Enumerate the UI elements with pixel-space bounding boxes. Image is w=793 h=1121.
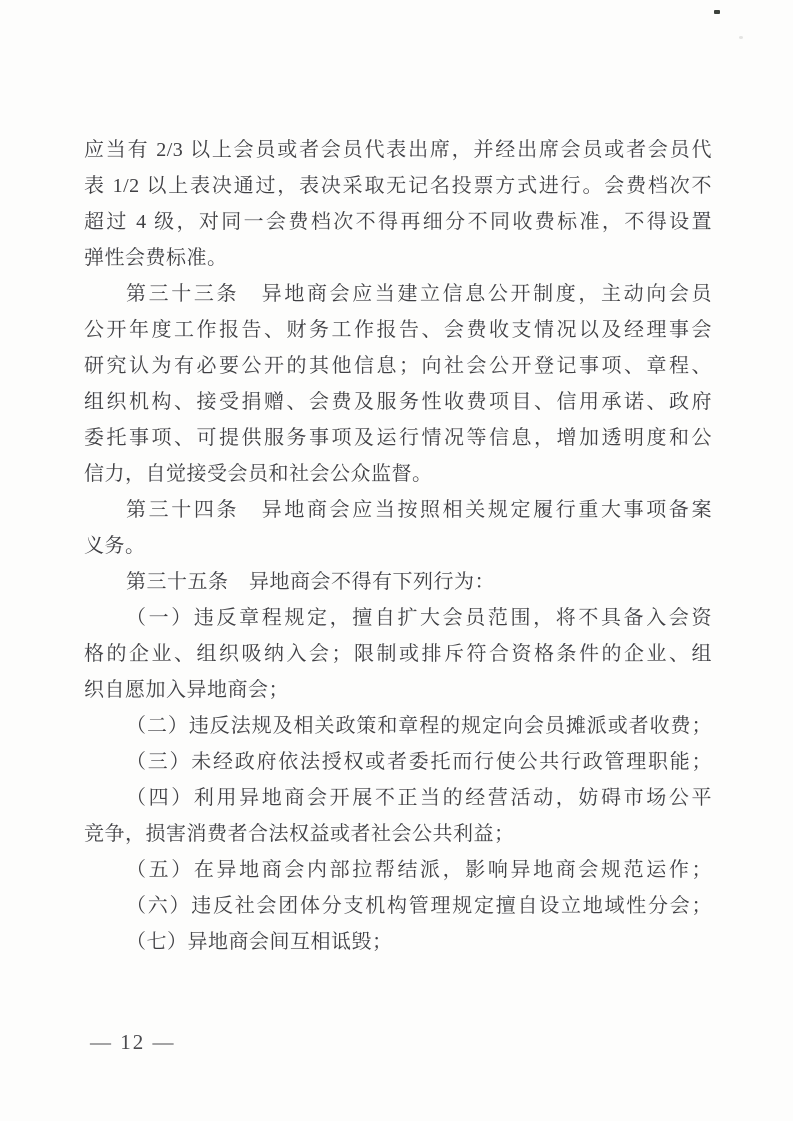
scanned-document-page: 应当有 2/3 以上会员或者会员代表出席，并经出席会员或者会员代 表 1/2 以… xyxy=(0,0,793,1121)
article-34-heading-line: 第三十四条 异地商会应当按照相关规定履行重大事项备案 xyxy=(84,492,712,528)
text-line: 应当有 2/3 以上会员或者会员代表出席，并经出席会员或者会员代 xyxy=(84,132,712,168)
text-line: 委托事项、可提供服务事项及运行情况等信息，增加透明度和公 xyxy=(84,420,712,456)
text-line: 信力，自觉接受会员和社会公众监督。 xyxy=(84,456,712,492)
list-item-7-line: （七）异地商会间互相诋毁； xyxy=(84,924,712,960)
scan-artifact-speck xyxy=(714,10,720,14)
article-35-heading-line: 第三十五条 异地商会不得有下列行为： xyxy=(84,564,712,600)
list-item-1-line: （一）违反章程规定，擅自扩大会员范围，将不具备入会资 xyxy=(84,600,712,636)
text-line: 竞争，损害消费者合法权益或者社会公共利益； xyxy=(84,816,712,852)
text-line: 超过 4 级，对同一会费档次不得再细分不同收费标准，不得设置 xyxy=(84,204,712,240)
list-item-4-line: （四）利用异地商会开展不正当的经营活动，妨碍市场公平 xyxy=(84,780,712,816)
text-line: 格的企业、组织吸纳入会；限制或排斥符合资格条件的企业、组 xyxy=(84,636,712,672)
text-line: 公开年度工作报告、财务工作报告、会费收支情况以及经理事会 xyxy=(84,312,712,348)
text-line: 弹性会费标准。 xyxy=(84,240,712,276)
text-line: 表 1/2 以上表决通过，表决采取无记名投票方式进行。会费档次不 xyxy=(84,168,712,204)
text-line: 义务。 xyxy=(84,528,712,564)
text-line: 组织机构、接受捐赠、会费及服务性收费项目、信用承诺、政府 xyxy=(84,384,712,420)
scan-artifact-faint-dot xyxy=(739,36,743,39)
page-number: — 12 — xyxy=(90,1030,176,1054)
document-body: 应当有 2/3 以上会员或者会员代表出席，并经出席会员或者会员代 表 1/2 以… xyxy=(84,132,712,960)
text-line: 织自愿加入异地商会； xyxy=(84,672,712,708)
list-item-2-line: （二）违反法规及相关政策和章程的规定向会员摊派或者收费； xyxy=(84,708,712,744)
text-line: 研究认为有必要公开的其他信息；向社会公开登记事项、章程、 xyxy=(84,348,712,384)
list-item-6-line: （六）违反社会团体分支机构管理规定擅自设立地域性分会； xyxy=(84,888,712,924)
list-item-3-line: （三）未经政府依法授权或者委托而行使公共行政管理职能； xyxy=(84,744,712,780)
article-33-heading-line: 第三十三条 异地商会应当建立信息公开制度，主动向会员 xyxy=(84,276,712,312)
list-item-5-line: （五）在异地商会内部拉帮结派，影响异地商会规范运作； xyxy=(84,852,712,888)
